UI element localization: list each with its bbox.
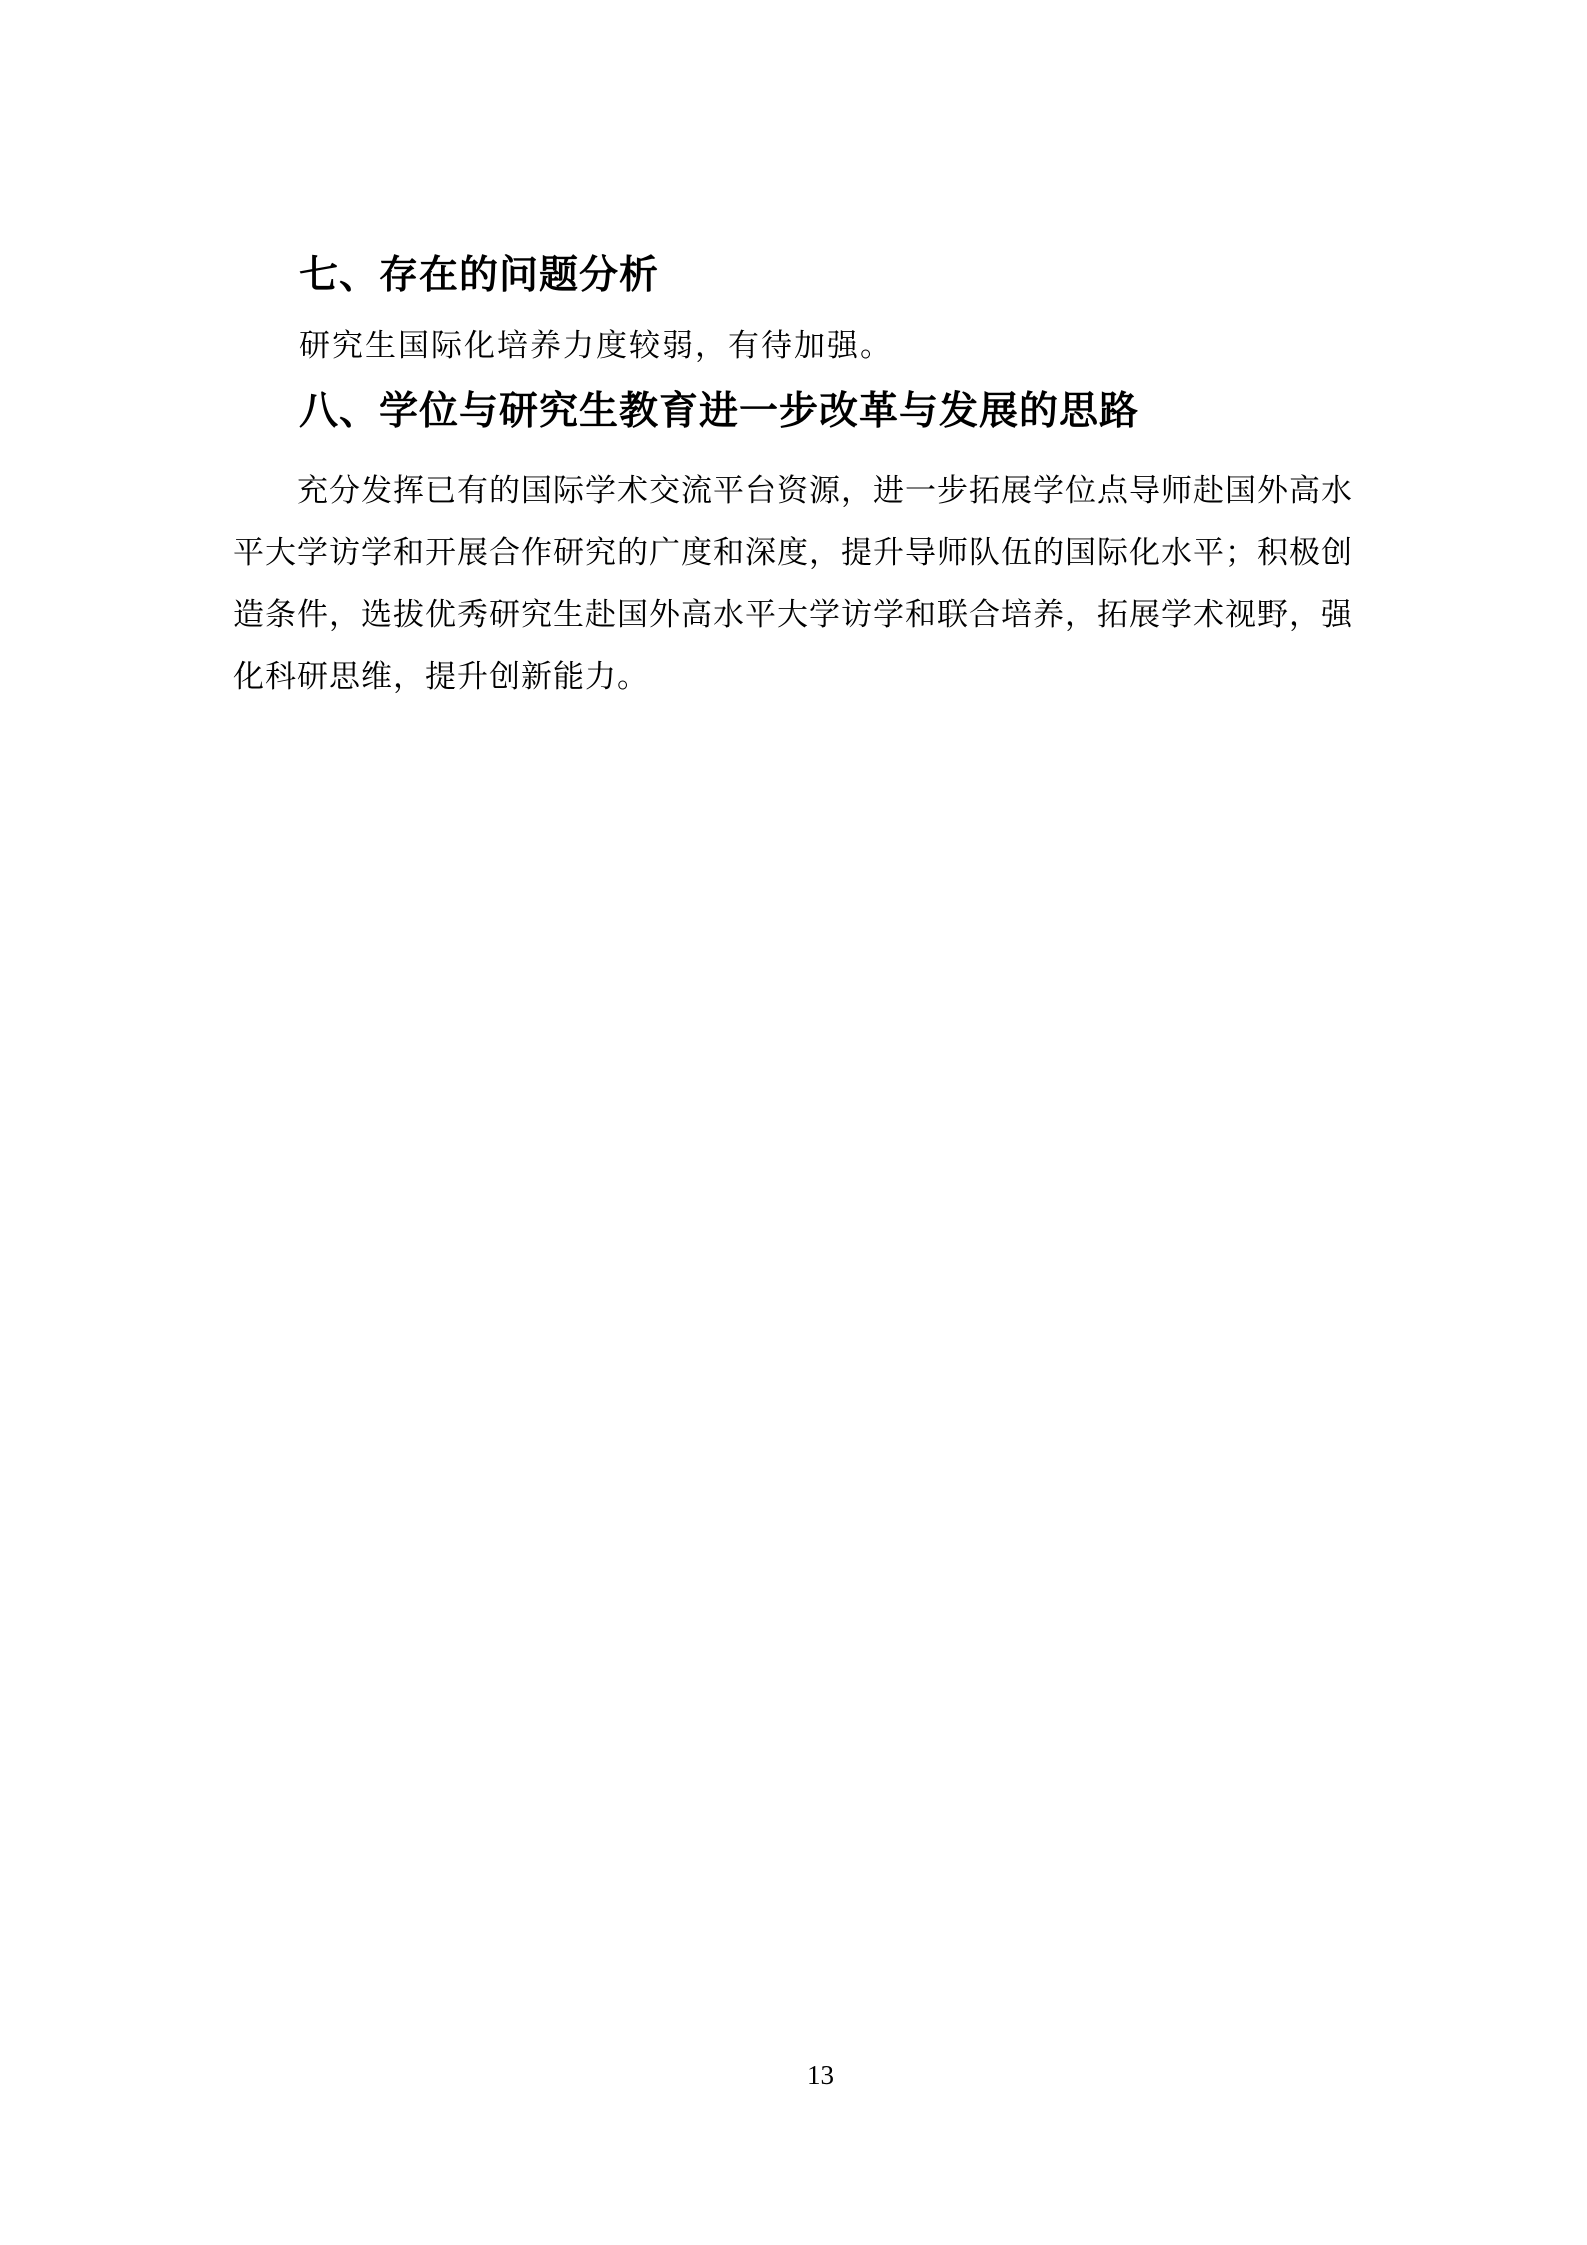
section-heading-reform-development: 八、学位与研究生教育进一步改革与发展的思路 xyxy=(233,386,1353,438)
document-page: 七、存在的问题分析 研究生国际化培养力度较弱，有待加强。 八、学位与研究生教育进… xyxy=(0,0,1587,2245)
paragraph-line-3: 造条件，选拔优秀研究生赴国外高水平大学访学和联合培养，拓展学术视野，强 xyxy=(233,584,1353,646)
paragraph-line-2: 平大学访学和开展合作研究的广度和深度，提升导师队伍的国际化水平；积极创 xyxy=(233,522,1353,584)
paragraph-line-4: 化科研思维，提升创新能力。 xyxy=(233,646,1353,708)
page-number: 13 xyxy=(0,2058,1587,2092)
section-problems-paragraph: 研究生国际化培养力度较弱，有待加强。 xyxy=(233,320,1353,372)
section-heading-problems-analysis: 七、存在的问题分析 xyxy=(233,250,1353,302)
section-reform-paragraph: 充分发挥已有的国际学术交流平台资源，进一步拓展学位点导师赴国外高水 平大学访学和… xyxy=(233,460,1353,708)
paragraph-line-1: 充分发挥已有的国际学术交流平台资源，进一步拓展学位点导师赴国外高水 xyxy=(233,460,1353,522)
